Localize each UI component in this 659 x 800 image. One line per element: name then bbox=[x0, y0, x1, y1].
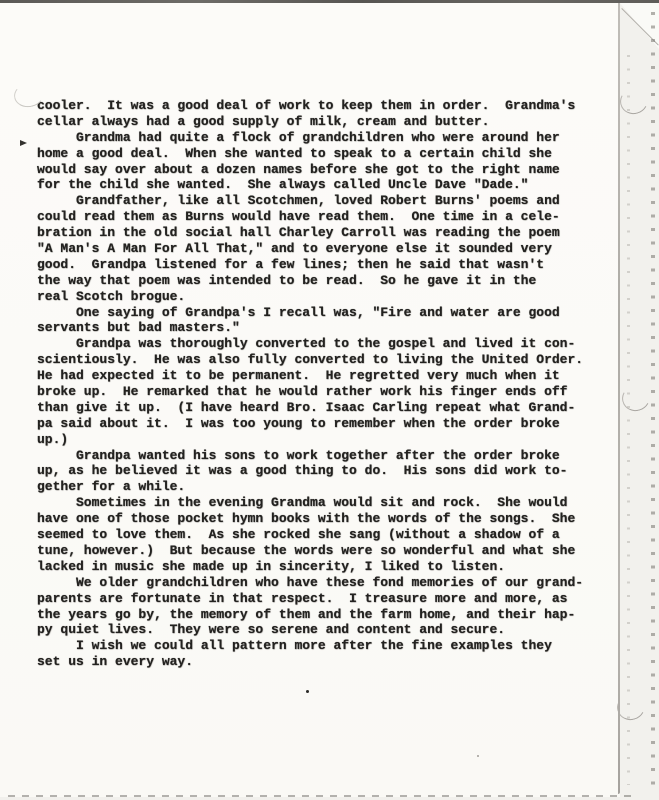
text-line: broke up. He remarked that he would rath… bbox=[37, 384, 607, 400]
text-line: Grandpa was thoroughly converted to the … bbox=[37, 336, 607, 352]
text-line: for the child she wanted. She always cal… bbox=[37, 177, 607, 193]
text-line: up.) bbox=[37, 432, 607, 448]
text-line: cooler. It was a good deal of work to ke… bbox=[37, 98, 607, 114]
text-line: set us in every way. bbox=[37, 654, 607, 670]
text-line: good. Grandpa listened for a few lines; … bbox=[37, 257, 607, 273]
text-line: Grandfather, like all Scotchmen, loved R… bbox=[37, 193, 607, 209]
perforation-marks-icon bbox=[627, 55, 630, 785]
text-line: the way that poem was intended to be rea… bbox=[37, 273, 607, 289]
text-line: cellar always had a good supply of milk,… bbox=[37, 114, 607, 130]
text-line: up, as he believed it was a good thing t… bbox=[37, 463, 607, 479]
text-line: scientiously. He was also fully converte… bbox=[37, 352, 607, 368]
text-line: home a good deal. When she wanted to spe… bbox=[37, 146, 607, 162]
perforation-marks-icon bbox=[651, 12, 655, 790]
text-line: bration in the old social hall Charley C… bbox=[37, 225, 607, 241]
margin-arrow-mark-icon bbox=[20, 140, 27, 146]
scan-bottom-edge bbox=[8, 795, 638, 797]
typed-page: cooler. It was a good deal of work to ke… bbox=[0, 3, 620, 797]
typewritten-text-block: cooler. It was a good deal of work to ke… bbox=[37, 98, 607, 670]
text-line: "A Man's A Man For All That," and to eve… bbox=[37, 241, 607, 257]
text-line: gether for a while. bbox=[37, 479, 607, 495]
scan-top-edge bbox=[0, 0, 659, 3]
text-line: could read them as Burns would have read… bbox=[37, 209, 607, 225]
text-line: Grandma had quite a flock of grandchildr… bbox=[37, 130, 607, 146]
text-line: the years go by, the memory of them and … bbox=[37, 607, 607, 623]
text-line: Grandpa wanted his sons to work together… bbox=[37, 448, 607, 464]
scanned-document: cooler. It was a good deal of work to ke… bbox=[0, 0, 659, 800]
text-line: seemed to love them. As she rocked she s… bbox=[37, 527, 607, 543]
text-line: pa said about it. I was too young to rem… bbox=[37, 416, 607, 432]
text-line: He had expected it to be permanent. He r… bbox=[37, 368, 607, 384]
text-line: I wish we could all pattern more after t… bbox=[37, 638, 607, 654]
text-line: One saying of Grandpa's I recall was, "F… bbox=[37, 305, 607, 321]
text-line: lacked in music she made up in sincerity… bbox=[37, 559, 607, 575]
text-line: would say over about a dozen names befor… bbox=[37, 162, 607, 178]
ink-speck bbox=[306, 690, 309, 693]
text-line: parents are fortunate in that respect. I… bbox=[37, 591, 607, 607]
text-line: py quiet lives. They were so serene and … bbox=[37, 622, 607, 638]
text-line: real Scotch brogue. bbox=[37, 289, 607, 305]
text-line: have one of those pocket hymn books with… bbox=[37, 511, 607, 527]
page-edge bbox=[618, 3, 620, 794]
text-line: than give it up. (I have heard Bro. Isaa… bbox=[37, 400, 607, 416]
text-line: tune, however.) But because the words we… bbox=[37, 543, 607, 559]
text-line: Sometimes in the evening Grandma would s… bbox=[37, 495, 607, 511]
ink-speck bbox=[477, 755, 479, 757]
text-line: servants but bad masters." bbox=[37, 320, 607, 336]
text-line: We older grandchildren who have these fo… bbox=[37, 575, 607, 591]
